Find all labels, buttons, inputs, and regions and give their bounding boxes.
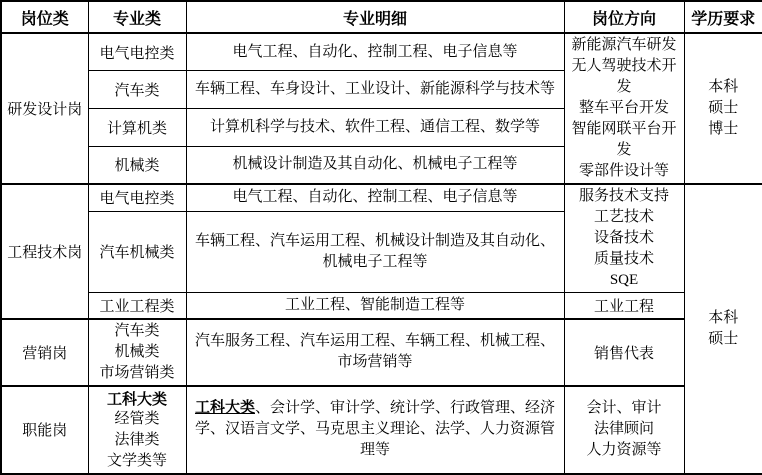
cell-major-type: 计算机类 [88, 109, 186, 147]
cell-major-detail: 车辆工程、车身设计、工业设计、新能源科学与技术等 [186, 71, 564, 109]
table-row: 工程技术岗 电气电控类 电气工程、自动化、控制工程、电子信息等 服务技术支持 工… [1, 184, 762, 211]
cell-major-detail: 汽车服务工程、汽车运用工程、车辆工程、机械工程、市场营销等 [186, 319, 564, 386]
job-positions-table: 岗位类 专业类 专业明细 岗位方向 学历要求 研发设计岗 电气电控类 电气工程、… [0, 0, 762, 475]
cell-major-type: 工业工程类 [88, 293, 186, 319]
cell-major-type: 机械类 [88, 146, 186, 184]
major-types-rest: 经管类 法律类 文学类等 [93, 409, 182, 472]
cell-category-func: 职能岗 [1, 386, 88, 474]
header-row: 岗位类 专业类 专业明细 岗位方向 学历要求 [1, 1, 762, 33]
cell-category-rd: 研发设计岗 [1, 33, 88, 184]
table-row: 职能岗 工科大类 经管类 法律类 文学类等 工科大类、会计学、审计学、统计学、行… [1, 386, 762, 474]
cell-major-detail: 机械设计制造及其自动化、机械电子工程等 [186, 146, 564, 184]
cell-education-rd: 本科 硕士 博士 [684, 33, 762, 184]
cell-direction-rd: 新能源汽车研发 无人驾驶技术开发 整车平台开发 智能网联平台开发 零部件设计等 [564, 33, 684, 184]
recruitment-positions-page: 岗位类 专业类 专业明细 岗位方向 学历要求 研发设计岗 电气电控类 电气工程、… [0, 0, 762, 428]
cell-major-detail: 电气工程、自动化、控制工程、电子信息等 [186, 33, 564, 71]
cell-direction-eng: 服务技术支持 工艺技术 设备技术 质量技术 SQE [564, 184, 684, 293]
cell-major-detail: 电气工程、自动化、控制工程、电子信息等 [186, 184, 564, 211]
cell-major-types-sales: 汽车类 机械类 市场营销类 [88, 319, 186, 386]
cell-education-rest: 本科 硕士 [684, 184, 762, 474]
cell-major-detail: 车辆工程、汽车运用工程、机械设计制造及其自动化、机械电子工程等 [186, 211, 564, 292]
header-position-category: 岗位类 [1, 1, 88, 33]
cell-major-types-func: 工科大类 经管类 法律类 文学类等 [88, 386, 186, 474]
cell-direction-sales: 销售代表 [564, 319, 684, 386]
header-position-direction: 岗位方向 [564, 1, 684, 33]
header-education-requirement: 学历要求 [684, 1, 762, 33]
major-detail-highlight: 工科大类 [195, 400, 255, 416]
cell-major-type: 汽车类 [88, 71, 186, 109]
cell-direction-ie: 工业工程 [564, 293, 684, 319]
table-row: 工业工程类 工业工程、智能制造工程等 工业工程 [1, 293, 762, 319]
cell-major-type: 电气电控类 [88, 33, 186, 71]
table-row: 营销岗 汽车类 机械类 市场营销类 汽车服务工程、汽车运用工程、车辆工程、机械工… [1, 319, 762, 386]
cell-major-type: 汽车机械类 [88, 211, 186, 292]
cell-major-detail: 计算机科学与技术、软件工程、通信工程、数学等 [186, 109, 564, 147]
cell-category-sales: 营销岗 [1, 319, 88, 386]
cell-direction-func: 会计、审计 法律顾问 人力资源等 [564, 386, 684, 474]
major-type-highlight: 工科大类 [93, 388, 182, 409]
header-major-detail: 专业明细 [186, 1, 564, 33]
cell-major-type: 电气电控类 [88, 184, 186, 211]
table-row: 研发设计岗 电气电控类 电气工程、自动化、控制工程、电子信息等 新能源汽车研发 … [1, 33, 762, 71]
cell-major-detail-func: 工科大类、会计学、审计学、统计学、行政管理、经济学、汉语言文学、马克思主义理论、… [186, 386, 564, 474]
header-major-category: 专业类 [88, 1, 186, 33]
cell-category-eng: 工程技术岗 [1, 184, 88, 319]
cell-major-detail: 工业工程、智能制造工程等 [186, 293, 564, 319]
